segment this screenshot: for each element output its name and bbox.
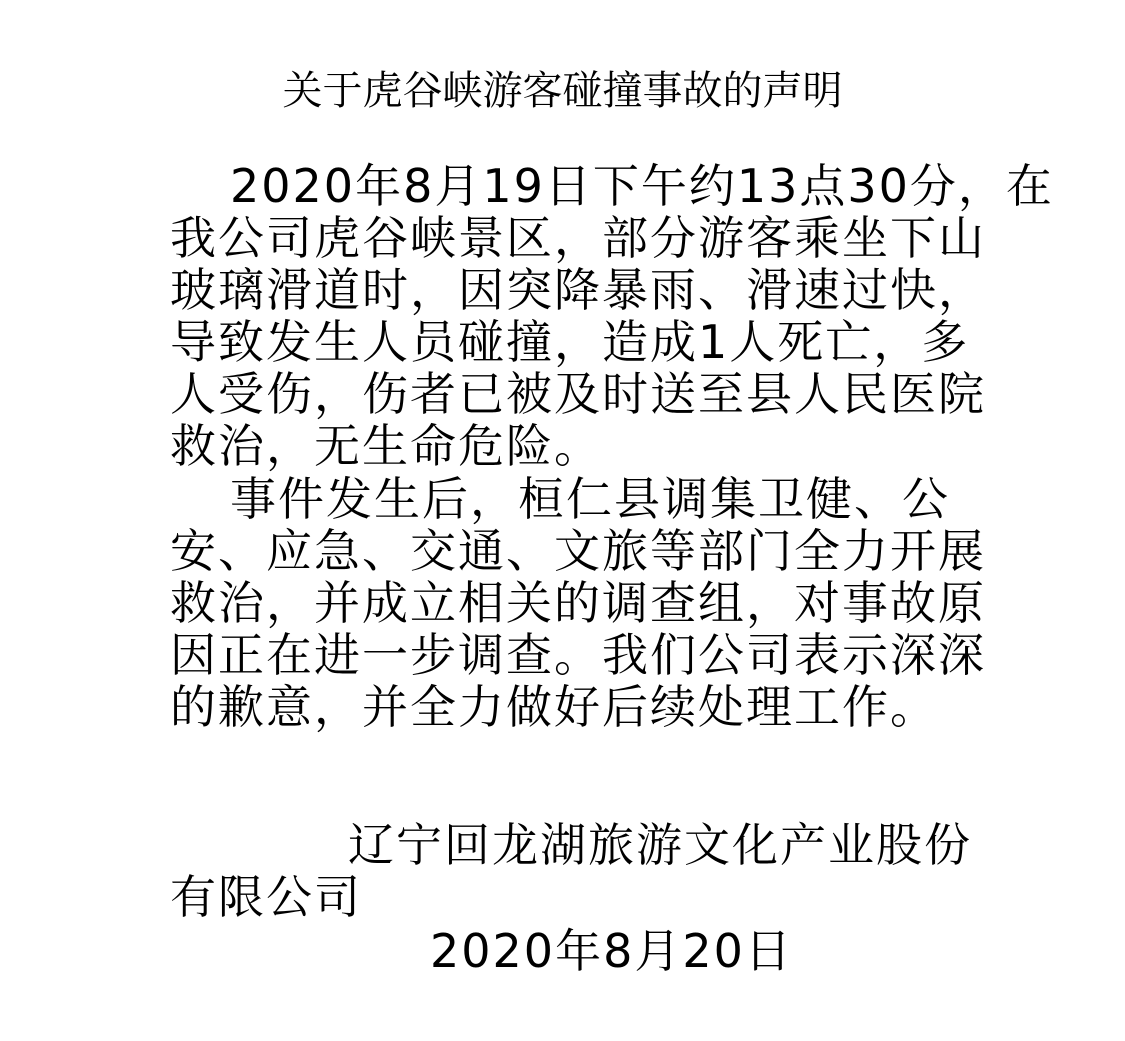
paragraph2-line-2: 安、应急、交通、文旅等部门全力开展	[170, 525, 960, 577]
paragraph2-line-5: 的歉意，并全力做好后续处理工作。	[170, 681, 960, 733]
signature-company-line-1: 辽宁回龙湖旅游文化产业股份	[348, 819, 960, 871]
signature-company-line-2: 有限公司	[170, 871, 960, 923]
paragraph2-line-4: 因正在进一步调查。我们公司表示深深	[170, 629, 960, 681]
paragraph1-line-5: 人受伤，伤者已被及时送至县人民医院	[170, 368, 960, 420]
paragraph1-line-3: 玻璃滑道时，因突降暴雨、滑速过快，	[170, 264, 960, 316]
paragraph1-line-6: 救治，无生命危险。	[170, 420, 960, 472]
document-title: 关于虎谷峡游客碰撞事故的声明	[0, 66, 1125, 116]
signature-date: 2020年8月20日	[430, 925, 830, 977]
paragraph1-line-2: 我公司虎谷峡景区，部分游客乘坐下山	[170, 212, 960, 264]
paragraph1-line-1: 2020年8月19日下午约13点30分，在	[230, 160, 960, 212]
paragraph2-line-3: 救治，并成立相关的调查组，对事故原	[170, 577, 960, 629]
paragraph1-line-4: 导致发生人员碰撞，造成1人死亡，多	[170, 316, 960, 368]
paragraph2-line-1: 事件发生后，桓仁县调集卫健、公	[230, 473, 960, 525]
